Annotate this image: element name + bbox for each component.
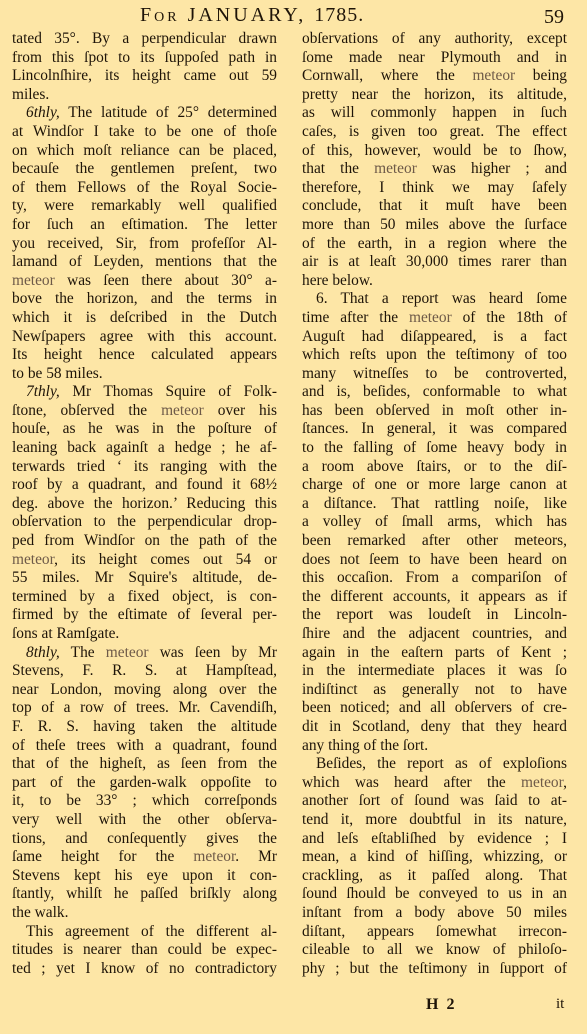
line-text: at Windſor I take to be one of thoſe <box>12 123 277 140</box>
line-text: does not ſeem to have been heard on <box>302 551 567 568</box>
text-line: top of a row of trees. Mr. Cavendiſh, <box>12 699 277 718</box>
line-text: ſtantly, whilſt he paſſed briſkly along <box>12 885 277 902</box>
line-text: Auguſt had diſappeared, is a fact <box>302 328 567 345</box>
text-line: which was heard after the meteor, <box>302 774 567 793</box>
line-text: of this, however, would be to ſhow, <box>302 142 567 159</box>
text-line: tated 35°. By a perpendicular drawn <box>12 30 277 49</box>
line-text: ſons at Ramſgate. <box>12 625 119 642</box>
line-text: was higher ; and <box>417 160 567 177</box>
line-text: a room above ſtairs, or to the diſ- <box>302 458 567 475</box>
line-text: Stevens, F. R. S. at Hampſtead, <box>12 662 277 679</box>
text-line: on which moſt reliance can be placed, <box>12 142 277 161</box>
text-line: pretty near the horizon, its altitude, <box>302 86 567 105</box>
catchword: it <box>556 996 564 1013</box>
line-text: very well with the other obſerva- <box>12 811 277 828</box>
line-text: obſervation to the perpendicular drop- <box>12 513 277 530</box>
line-text: , its height comes out 54 or <box>54 551 277 568</box>
text-line: ſome made near Plymouth and in <box>302 49 567 68</box>
title-month: JANUARY, <box>188 4 307 26</box>
line-text: which was heard after the <box>302 774 521 791</box>
text-line: and leſs eſtabliſhed by evidence ; I <box>302 830 567 849</box>
line-text: of the 18th of <box>452 309 567 326</box>
highlighted-term: meteor <box>472 67 515 84</box>
line-text: any thing of the ſort. <box>302 737 428 754</box>
text-line: phy ; but the teſtimony in ſupport of <box>302 960 567 979</box>
text-line: very well with the other obſerva- <box>12 811 277 830</box>
text-line: that of the higheſt, as ſeen from the <box>12 755 277 774</box>
text-line: the different accounts, it appears as if <box>302 588 567 607</box>
section-ordinal: 7thly, <box>26 383 60 400</box>
text-line: ſtances. In general, it was compared <box>302 420 567 439</box>
text-line: of them Fellows of the Royal Socie- <box>12 179 277 198</box>
text-line: of the earth, in a region where the <box>302 235 567 254</box>
line-text: ſtances. In general, it was compared <box>302 420 567 437</box>
signature-mark: H 2 <box>426 996 456 1014</box>
text-line: ſame height for the meteor. Mr <box>12 848 277 867</box>
line-text: for ſuch an eſtimation. The letter <box>12 216 277 233</box>
text-line: it, to be 33° ; which correſponds <box>12 792 277 811</box>
text-line: time after the meteor of the 18th of <box>302 309 567 328</box>
text-line: Its height hence calculated appears <box>12 346 277 365</box>
line-text: The latitude of 25° determined <box>60 104 277 121</box>
line-text: deg. above the horizon.’ Reducing this <box>12 495 277 512</box>
text-line: ped from Windſor on the path of the <box>12 532 277 551</box>
line-text: leaning back againſt a hedge ; he af- <box>12 439 277 456</box>
text-line: conclude, that it muſt have been <box>302 197 567 216</box>
highlighted-term: meteor <box>12 551 54 568</box>
page-number: 59 <box>544 6 564 29</box>
line-text: which reſts upon the teſtimony of too <box>302 346 567 363</box>
line-text: Mr Thomas Squire of Folk- <box>60 383 277 400</box>
text-line: Newſpapers agree with this account. <box>12 328 277 347</box>
text-line: mean, a kind of hiſſing, whizzing, or <box>302 848 567 867</box>
line-text: near London, moving along over the <box>12 681 277 698</box>
line-text: part of the garden-walk oppoſite to <box>12 774 277 791</box>
text-line: been noticed; and all obſervers of cre- <box>302 699 567 718</box>
line-text: Beſides, the report as of exploſions <box>316 755 567 772</box>
line-text: of them Fellows of the Royal Socie- <box>12 179 277 196</box>
section-ordinal: 8thly, <box>26 644 60 661</box>
line-text: bove the horizon, and the terms in <box>12 290 277 307</box>
line-text: the walk. <box>12 904 68 921</box>
text-line: 6. That a report was heard ſome <box>302 290 567 309</box>
text-line: firmed by the eſtimate of ſeveral per- <box>12 606 277 625</box>
text-line: meteor, its height comes out 54 or <box>12 551 277 570</box>
text-line: lamand of Leyden, mentions that the <box>12 253 277 272</box>
text-columns: tated 35°. By a perpendicular drawnfrom … <box>12 30 579 1010</box>
line-text: F. R. S. having taken the altitude <box>12 718 277 735</box>
line-text: of theſe trees with a quadrant, found <box>12 737 277 754</box>
line-text: the report was loudeſt in Lincoln- <box>302 606 567 623</box>
highlighted-term: meteor <box>374 160 417 177</box>
highlighted-term: meteor <box>12 272 55 289</box>
text-line: bove the horizon, and the terms in <box>12 290 277 309</box>
running-head: For JANUARY, 1785. 59 <box>0 4 587 26</box>
line-text: on which moſt reliance can be placed, <box>12 142 277 159</box>
line-text: crackling, as it paſſed along. That <box>302 867 567 884</box>
line-text: been noticed; and all obſervers of cre- <box>302 699 567 716</box>
title-year: 1785. <box>314 4 364 26</box>
line-text: caſes, is given too great. The effect <box>302 123 567 140</box>
text-line: ſtantly, whilſt he paſſed briſkly along <box>12 885 277 904</box>
line-text: lamand of Leyden, mentions that the <box>12 253 277 270</box>
text-line: Stevens, F. R. S. at Hampſtead, <box>12 662 277 681</box>
text-line: 6thly, The latitude of 25° determined <box>12 104 277 123</box>
text-line: This agreement of the different al- <box>12 923 277 942</box>
text-line: meteor was ſeen there about 30° a- <box>12 272 277 291</box>
text-line: Cornwall, where the meteor being <box>302 67 567 86</box>
text-line: and is, beſides, conformable to what <box>302 383 567 402</box>
line-text: diſtant, appears ſomewhat irrecon- <box>302 923 567 940</box>
line-text: Cornwall, where the <box>302 67 472 84</box>
highlighted-term: meteor <box>106 644 149 661</box>
text-line: 7thly, Mr Thomas Squire of Folk- <box>12 383 277 402</box>
text-line: which it is deſcribed in the Dutch <box>12 309 277 328</box>
text-line: the report was loudeſt in Lincoln- <box>302 606 567 625</box>
text-line: titudes is nearer than could be expec- <box>12 941 277 960</box>
line-text: this occaſion. From a compariſon of <box>302 569 567 586</box>
text-line: any thing of the ſort. <box>302 737 567 756</box>
text-line: of theſe trees with a quadrant, found <box>12 737 277 756</box>
line-text: titudes is nearer than could be expec- <box>12 941 277 958</box>
line-text: and is, beſides, conformable to what <box>302 383 567 400</box>
text-line: becauſe the gentlemen preſent, two <box>12 160 277 179</box>
line-text: ty, were remarkably well qualified <box>12 197 277 214</box>
highlighted-term: meteor <box>521 774 563 791</box>
line-text: The <box>60 644 106 661</box>
line-text: conclude, that it muſt have been <box>302 197 567 214</box>
right-column: obſervations of any authority, exceptſom… <box>302 30 567 978</box>
text-line: again in the eaſtern parts of Kent ; <box>302 644 567 663</box>
line-text: was ſeen there about 30° a- <box>55 272 277 289</box>
line-text: Its height hence calculated appears <box>12 346 277 363</box>
text-line: a volley of ſmall arms, which has <box>302 513 567 532</box>
text-line: ſhire and the adjacent countries, and <box>302 625 567 644</box>
line-text: more than 50 miles above the ſurface <box>302 216 567 233</box>
line-text: in the intermediate places it was ſo <box>302 662 567 679</box>
text-line: as will commonly happen in ſuch <box>302 104 567 123</box>
text-line: of this, however, would be to ſhow, <box>302 142 567 161</box>
line-text: 55 miles. Mr Squire's altitude, de- <box>12 569 277 586</box>
text-line: obſervation to the perpendicular drop- <box>12 513 277 532</box>
line-text: to the falling of ſome heavy body in <box>302 439 567 456</box>
text-line: does not ſeem to have been heard on <box>302 551 567 570</box>
text-line: air is at leaſt 30,000 times rarer than <box>302 253 567 272</box>
line-text: again in the eaſtern parts of Kent ; <box>302 644 567 661</box>
line-text: becauſe the gentlemen preſent, two <box>12 160 277 177</box>
line-text: another ſort of ſound was ſaid to at- <box>302 792 567 809</box>
line-text: a volley of ſmall arms, which has <box>302 513 567 530</box>
line-text: charge of one or more large canon at <box>302 476 567 493</box>
line-text: termined by a fixed object, is con- <box>12 588 277 605</box>
title-prefix: For <box>140 4 180 26</box>
text-line: more than 50 miles above the ſurface <box>302 216 567 235</box>
line-text: Stevens kept his eye upon it con- <box>12 867 277 884</box>
line-text: obſervations of any authority, except <box>302 30 567 47</box>
text-line: Beſides, the report as of exploſions <box>302 755 567 774</box>
text-line: charge of one or more large canon at <box>302 476 567 495</box>
line-text: ted ; yet I know of no contradictory <box>12 960 277 977</box>
line-text: , <box>563 774 567 791</box>
highlighted-term: meteor <box>161 402 204 419</box>
line-text: here below. <box>302 272 373 289</box>
text-line: which reſts upon the teſtimony of too <box>302 346 567 365</box>
line-text: top of a row of trees. Mr. Cavendiſh, <box>12 699 277 716</box>
text-line: a diſtance. That rattling noiſe, like <box>302 495 567 514</box>
line-text: ſhire and the adjacent countries, and <box>302 625 567 642</box>
line-text: which it is deſcribed in the Dutch <box>12 309 277 326</box>
text-line: miles. <box>12 86 277 105</box>
text-line: deg. above the horizon.’ Reducing this <box>12 495 277 514</box>
line-text: ped from Windſor on the path of the <box>12 532 277 549</box>
line-text: that the <box>302 160 374 177</box>
line-text: been remarked after other meteors, <box>302 532 567 549</box>
text-line: termined by a fixed object, is con- <box>12 588 277 607</box>
line-text: mean, a kind of hiſſing, whizzing, or <box>302 848 567 865</box>
text-line: leaning back againſt a hedge ; he af- <box>12 439 277 458</box>
text-line: ſound ſhould be conveyed to us in an <box>302 885 567 904</box>
line-text: and leſs eſtabliſhed by evidence ; I <box>302 830 567 847</box>
text-line: you received, Sir, from profeſſor Al- <box>12 235 277 254</box>
text-line: dit in Scotland, deny that they heard <box>302 718 567 737</box>
text-line: Auguſt had diſappeared, is a fact <box>302 328 567 347</box>
text-line: therefore, I think we may ſafely <box>302 179 567 198</box>
line-text: you received, Sir, from profeſſor Al- <box>12 235 277 252</box>
line-text: of the earth, in a region where the <box>302 235 567 252</box>
text-line: terwards tried ‘ its ranging with the <box>12 458 277 477</box>
line-text: ſound ſhould be conveyed to us in an <box>302 885 567 902</box>
line-text: houſe, as he was in the poſture of <box>12 420 277 437</box>
line-text: 6. That a report was heard ſome <box>316 290 567 307</box>
text-line: inſtant from a body above 50 miles <box>302 904 567 923</box>
line-text: cileable to all we know of philoſo- <box>302 941 567 958</box>
text-line: crackling, as it paſſed along. That <box>302 867 567 886</box>
text-line: has been obſerved in moſt other in- <box>302 402 567 421</box>
text-line: from this ſpot to its ſuppoſed path in <box>12 49 277 68</box>
text-line: to the falling of ſome heavy body in <box>302 439 567 458</box>
section-ordinal: 6thly, <box>26 104 60 121</box>
text-line: diſtant, appears ſomewhat irrecon- <box>302 923 567 942</box>
text-line: houſe, as he was in the poſture of <box>12 420 277 439</box>
left-column: tated 35°. By a perpendicular drawnfrom … <box>12 30 277 978</box>
line-text: This agreement of the different al- <box>26 923 277 940</box>
line-text: was ſeen by Mr <box>149 644 277 661</box>
text-line: to be 58 miles. <box>12 365 277 384</box>
line-text: firmed by the eſtimate of ſeveral per- <box>12 606 277 623</box>
line-text: inſtant from a body above 50 miles <box>302 904 567 921</box>
running-title: For JANUARY, 1785. <box>140 4 364 27</box>
line-text: has been obſerved in moſt other in- <box>302 402 567 419</box>
text-line: in the intermediate places it was ſo <box>302 662 567 681</box>
line-text: ſame height for the <box>12 848 193 865</box>
text-line: caſes, is given too great. The effect <box>302 123 567 142</box>
line-text: that of the higheſt, as ſeen from the <box>12 755 277 772</box>
line-text: as will commonly happen in ſuch <box>302 104 567 121</box>
line-text: indiſtinct as generally not to have <box>302 681 567 698</box>
text-line: ty, were remarkably well qualified <box>12 197 277 216</box>
line-text: therefore, I think we may ſafely <box>302 179 567 196</box>
text-line: another ſort of ſound was ſaid to at- <box>302 792 567 811</box>
line-text: ſome made near Plymouth and in <box>302 49 567 66</box>
text-line: ted ; yet I know of no contradictory <box>12 960 277 979</box>
line-text: from this ſpot to its ſuppoſed path in <box>12 49 277 66</box>
text-line: this occaſion. From a compariſon of <box>302 569 567 588</box>
text-line: tions, and conſequently gives the <box>12 830 277 849</box>
line-text: ſtone, obſerved the <box>12 402 161 419</box>
line-text: a diſtance. That rattling noiſe, like <box>302 495 567 512</box>
scanned-page: For JANUARY, 1785. 59 tated 35°. By a pe… <box>0 0 587 1034</box>
text-line: the walk. <box>12 904 277 923</box>
line-text: roof by a quadrant, and found it 68½ <box>12 476 277 493</box>
line-text: tend it, more doubtful in its nature, <box>302 811 567 828</box>
text-line: obſervations of any authority, except <box>302 30 567 49</box>
text-line: roof by a quadrant, and found it 68½ <box>12 476 277 495</box>
line-text: dit in Scotland, deny that they heard <box>302 718 567 735</box>
text-line: 55 miles. Mr Squire's altitude, de- <box>12 569 277 588</box>
line-text: time after the <box>302 309 409 326</box>
text-line: part of the garden-walk oppoſite to <box>12 774 277 793</box>
text-line: near London, moving along over the <box>12 681 277 700</box>
line-text: phy ; but the teſtimony in ſupport of <box>302 960 567 977</box>
line-text: it, to be 33° ; which correſponds <box>12 792 277 809</box>
line-text: terwards tried ‘ its ranging with the <box>12 458 277 475</box>
text-line: that the meteor was higher ; and <box>302 160 567 179</box>
text-line: a room above ſtairs, or to the diſ- <box>302 458 567 477</box>
highlighted-term: meteor <box>193 848 235 865</box>
text-line: been remarked after other meteors, <box>302 532 567 551</box>
line-text: tions, and conſequently gives the <box>12 830 277 847</box>
line-text: the different accounts, it appears as if <box>302 588 567 605</box>
line-text: to be 58 miles. <box>12 365 103 382</box>
text-line: cileable to all we know of philoſo- <box>302 941 567 960</box>
text-line: here below. <box>302 272 567 291</box>
text-line: 8thly, The meteor was ſeen by Mr <box>12 644 277 663</box>
line-text: tated 35°. By a perpendicular drawn <box>12 30 277 47</box>
line-text: Lincolnſhire, its height came out 59 <box>12 67 277 84</box>
text-line: Lincolnſhire, its height came out 59 <box>12 67 277 86</box>
line-text: pretty near the horizon, its altitude, <box>302 86 567 103</box>
line-text: air is at leaſt 30,000 times rarer than <box>302 253 567 270</box>
line-text: miles. <box>12 86 49 103</box>
text-line: F. R. S. having taken the altitude <box>12 718 277 737</box>
line-text: many witneſſes to be controverted, <box>302 365 567 382</box>
line-text: Newſpapers agree with this account. <box>12 328 277 345</box>
text-line: many witneſſes to be controverted, <box>302 365 567 384</box>
text-line: ſons at Ramſgate. <box>12 625 277 644</box>
line-text: being <box>515 67 567 84</box>
text-line: at Windſor I take to be one of thoſe <box>12 123 277 142</box>
highlighted-term: meteor <box>409 309 452 326</box>
text-line: for ſuch an eſtimation. The letter <box>12 216 277 235</box>
text-line: ſtone, obſerved the meteor over his <box>12 402 277 421</box>
text-line: tend it, more doubtful in its nature, <box>302 811 567 830</box>
line-text: over his <box>204 402 277 419</box>
line-text: . Mr <box>235 848 277 865</box>
text-line: Stevens kept his eye upon it con- <box>12 867 277 886</box>
text-line: indiſtinct as generally not to have <box>302 681 567 700</box>
